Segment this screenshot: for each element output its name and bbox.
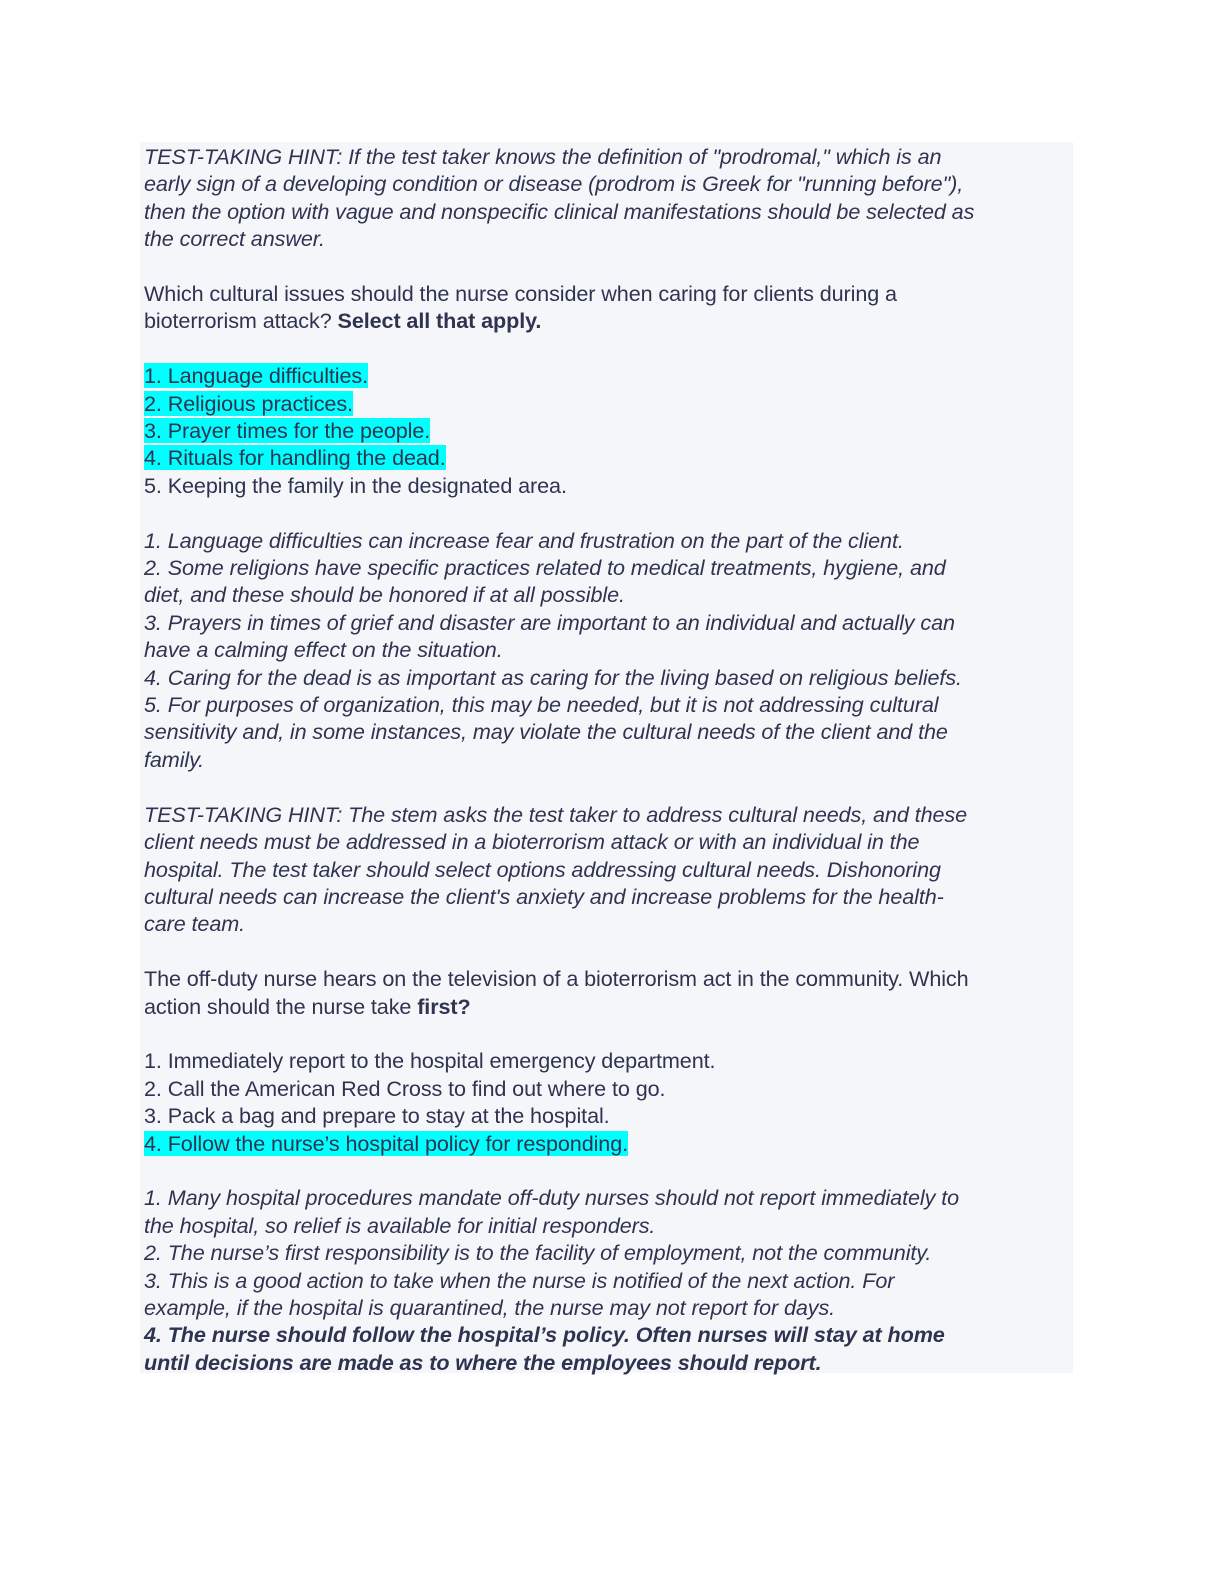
rationale-line: the hospital, so relief is available for… <box>144 1212 1074 1239</box>
rationale-line: 3. Prayers in times of grief and disaste… <box>144 609 1074 636</box>
option-5-family: 5. Keeping the family in the designated … <box>144 472 1074 499</box>
rationale-line: have a calming effect on the situation. <box>144 636 1074 663</box>
correct-rationale-line: 4. The nurse should follow the hospital’… <box>144 1321 1074 1348</box>
hint-line: early sign of a developing condition or … <box>144 170 1074 197</box>
option-text: 2. Call the American Red Cross to find o… <box>144 1076 665 1101</box>
stem-line: action should the nurse take first? <box>144 993 1074 1020</box>
rationale-line: example, if the hospital is quarantined,… <box>144 1294 1074 1321</box>
rationale-line: sensitivity and, in some instances, may … <box>144 718 1074 745</box>
hint-line: cultural needs can increase the client's… <box>144 883 1074 910</box>
option-2-religious: 2. Religious practices. <box>144 390 1074 417</box>
hint-line: then the option with vague and nonspecif… <box>144 198 1074 225</box>
select-all-emphasis: Select all that apply. <box>338 308 542 333</box>
option-4-policy: 4. Follow the nurse’s hospital policy fo… <box>144 1130 1074 1157</box>
hint-line: hospital. The test taker should select o… <box>144 856 1074 883</box>
option-text: 5. Keeping the family in the designated … <box>144 473 567 498</box>
rationale-line: 1. Many hospital procedures mandate off-… <box>144 1184 1074 1211</box>
test-taking-hint-cultural: TEST-TAKING HINT: The stem asks the test… <box>144 801 1074 938</box>
stem-line: bioterrorism attack? Select all that app… <box>144 307 1074 334</box>
document-content: TEST-TAKING HINT: If the test taker know… <box>144 143 1074 1376</box>
option-text-highlighted: 1. Language difficulties. <box>144 363 368 388</box>
option-text-highlighted: 4. Rituals for handling the dead. <box>144 445 446 470</box>
rationale-line: 2. The nurse’s first responsibility is t… <box>144 1239 1074 1266</box>
option-4-rituals: 4. Rituals for handling the dead. <box>144 444 1074 471</box>
rationale-line: 2. Some religions have specific practice… <box>144 554 1074 581</box>
rationale-line: diet, and these should be honored if at … <box>144 581 1074 608</box>
question-2-stem: The off-duty nurse hears on the televisi… <box>144 965 1074 1020</box>
stem-line: The off-duty nurse hears on the televisi… <box>144 965 1074 992</box>
question-1-stem: Which cultural issues should the nurse c… <box>144 280 1074 335</box>
rationale-line: 5. For purposes of organization, this ma… <box>144 691 1074 718</box>
rationale-line: 4. Caring for the dead is as important a… <box>144 664 1074 691</box>
rationale-line: family. <box>144 746 1074 773</box>
option-text-highlighted: 2. Religious practices. <box>144 391 353 416</box>
option-2-red-cross: 2. Call the American Red Cross to find o… <box>144 1075 1074 1102</box>
hint-line: the correct answer. <box>144 225 1074 252</box>
option-3-pack-bag: 3. Pack a bag and prepare to stay at the… <box>144 1102 1074 1129</box>
hint-line: TEST-TAKING HINT: The stem asks the test… <box>144 801 1074 828</box>
hint-line: client needs must be addressed in a biot… <box>144 828 1074 855</box>
question-2-options: 1. Immediately report to the hospital em… <box>144 1047 1074 1157</box>
test-taking-hint-prodromal: TEST-TAKING HINT: If the test taker know… <box>144 143 1074 253</box>
stem-line: Which cultural issues should the nurse c… <box>144 280 1074 307</box>
option-text: 3. Pack a bag and prepare to stay at the… <box>144 1103 610 1128</box>
option-text-highlighted: 3. Prayer times for the people. <box>144 418 430 443</box>
question-2-rationale: 1. Many hospital procedures mandate off-… <box>144 1184 1074 1376</box>
correct-rationale-line: until decisions are made as to where the… <box>144 1349 1074 1376</box>
hint-line: TEST-TAKING HINT: If the test taker know… <box>144 143 1074 170</box>
option-1-language: 1. Language difficulties. <box>144 362 1074 389</box>
option-3-prayer: 3. Prayer times for the people. <box>144 417 1074 444</box>
stem-text: action should the nurse take <box>144 994 417 1019</box>
option-text: 1. Immediately report to the hospital em… <box>144 1048 715 1073</box>
rationale-line: 1. Language difficulties can increase fe… <box>144 527 1074 554</box>
rationale-line: 3. This is a good action to take when th… <box>144 1267 1074 1294</box>
stem-text: bioterrorism attack? <box>144 308 338 333</box>
question-1-rationale: 1. Language difficulties can increase fe… <box>144 527 1074 774</box>
option-text-highlighted: 4. Follow the nurse’s hospital policy fo… <box>144 1131 628 1156</box>
question-1-options: 1. Language difficulties. 2. Religious p… <box>144 362 1074 499</box>
option-1-report: 1. Immediately report to the hospital em… <box>144 1047 1074 1074</box>
hint-line: care team. <box>144 910 1074 937</box>
first-emphasis: first? <box>417 994 470 1019</box>
